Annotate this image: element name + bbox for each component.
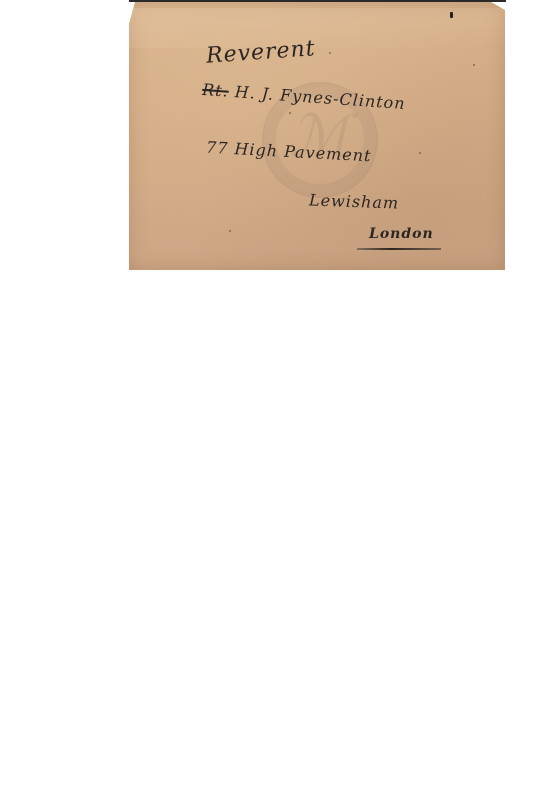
paper-speck: [289, 112, 291, 114]
city-underline: [357, 248, 441, 250]
paper-speck: [329, 52, 331, 54]
envelope-fold-shading: [129, 8, 505, 48]
ink-mark: [450, 12, 453, 18]
paper-speck: [473, 64, 475, 66]
address-district: Lewisham: [309, 190, 400, 212]
envelope-corner-right: [491, 2, 505, 10]
address-city: London: [369, 226, 434, 242]
paper-speck: [419, 152, 421, 154]
envelope: ℳ Reverent Rt. H. J. Fynes-Clinton 77 Hi…: [129, 2, 505, 270]
envelope-corner-left: [129, 2, 135, 24]
address-struck-prefix: Rt.: [202, 80, 230, 101]
paper-speck: [229, 230, 231, 232]
